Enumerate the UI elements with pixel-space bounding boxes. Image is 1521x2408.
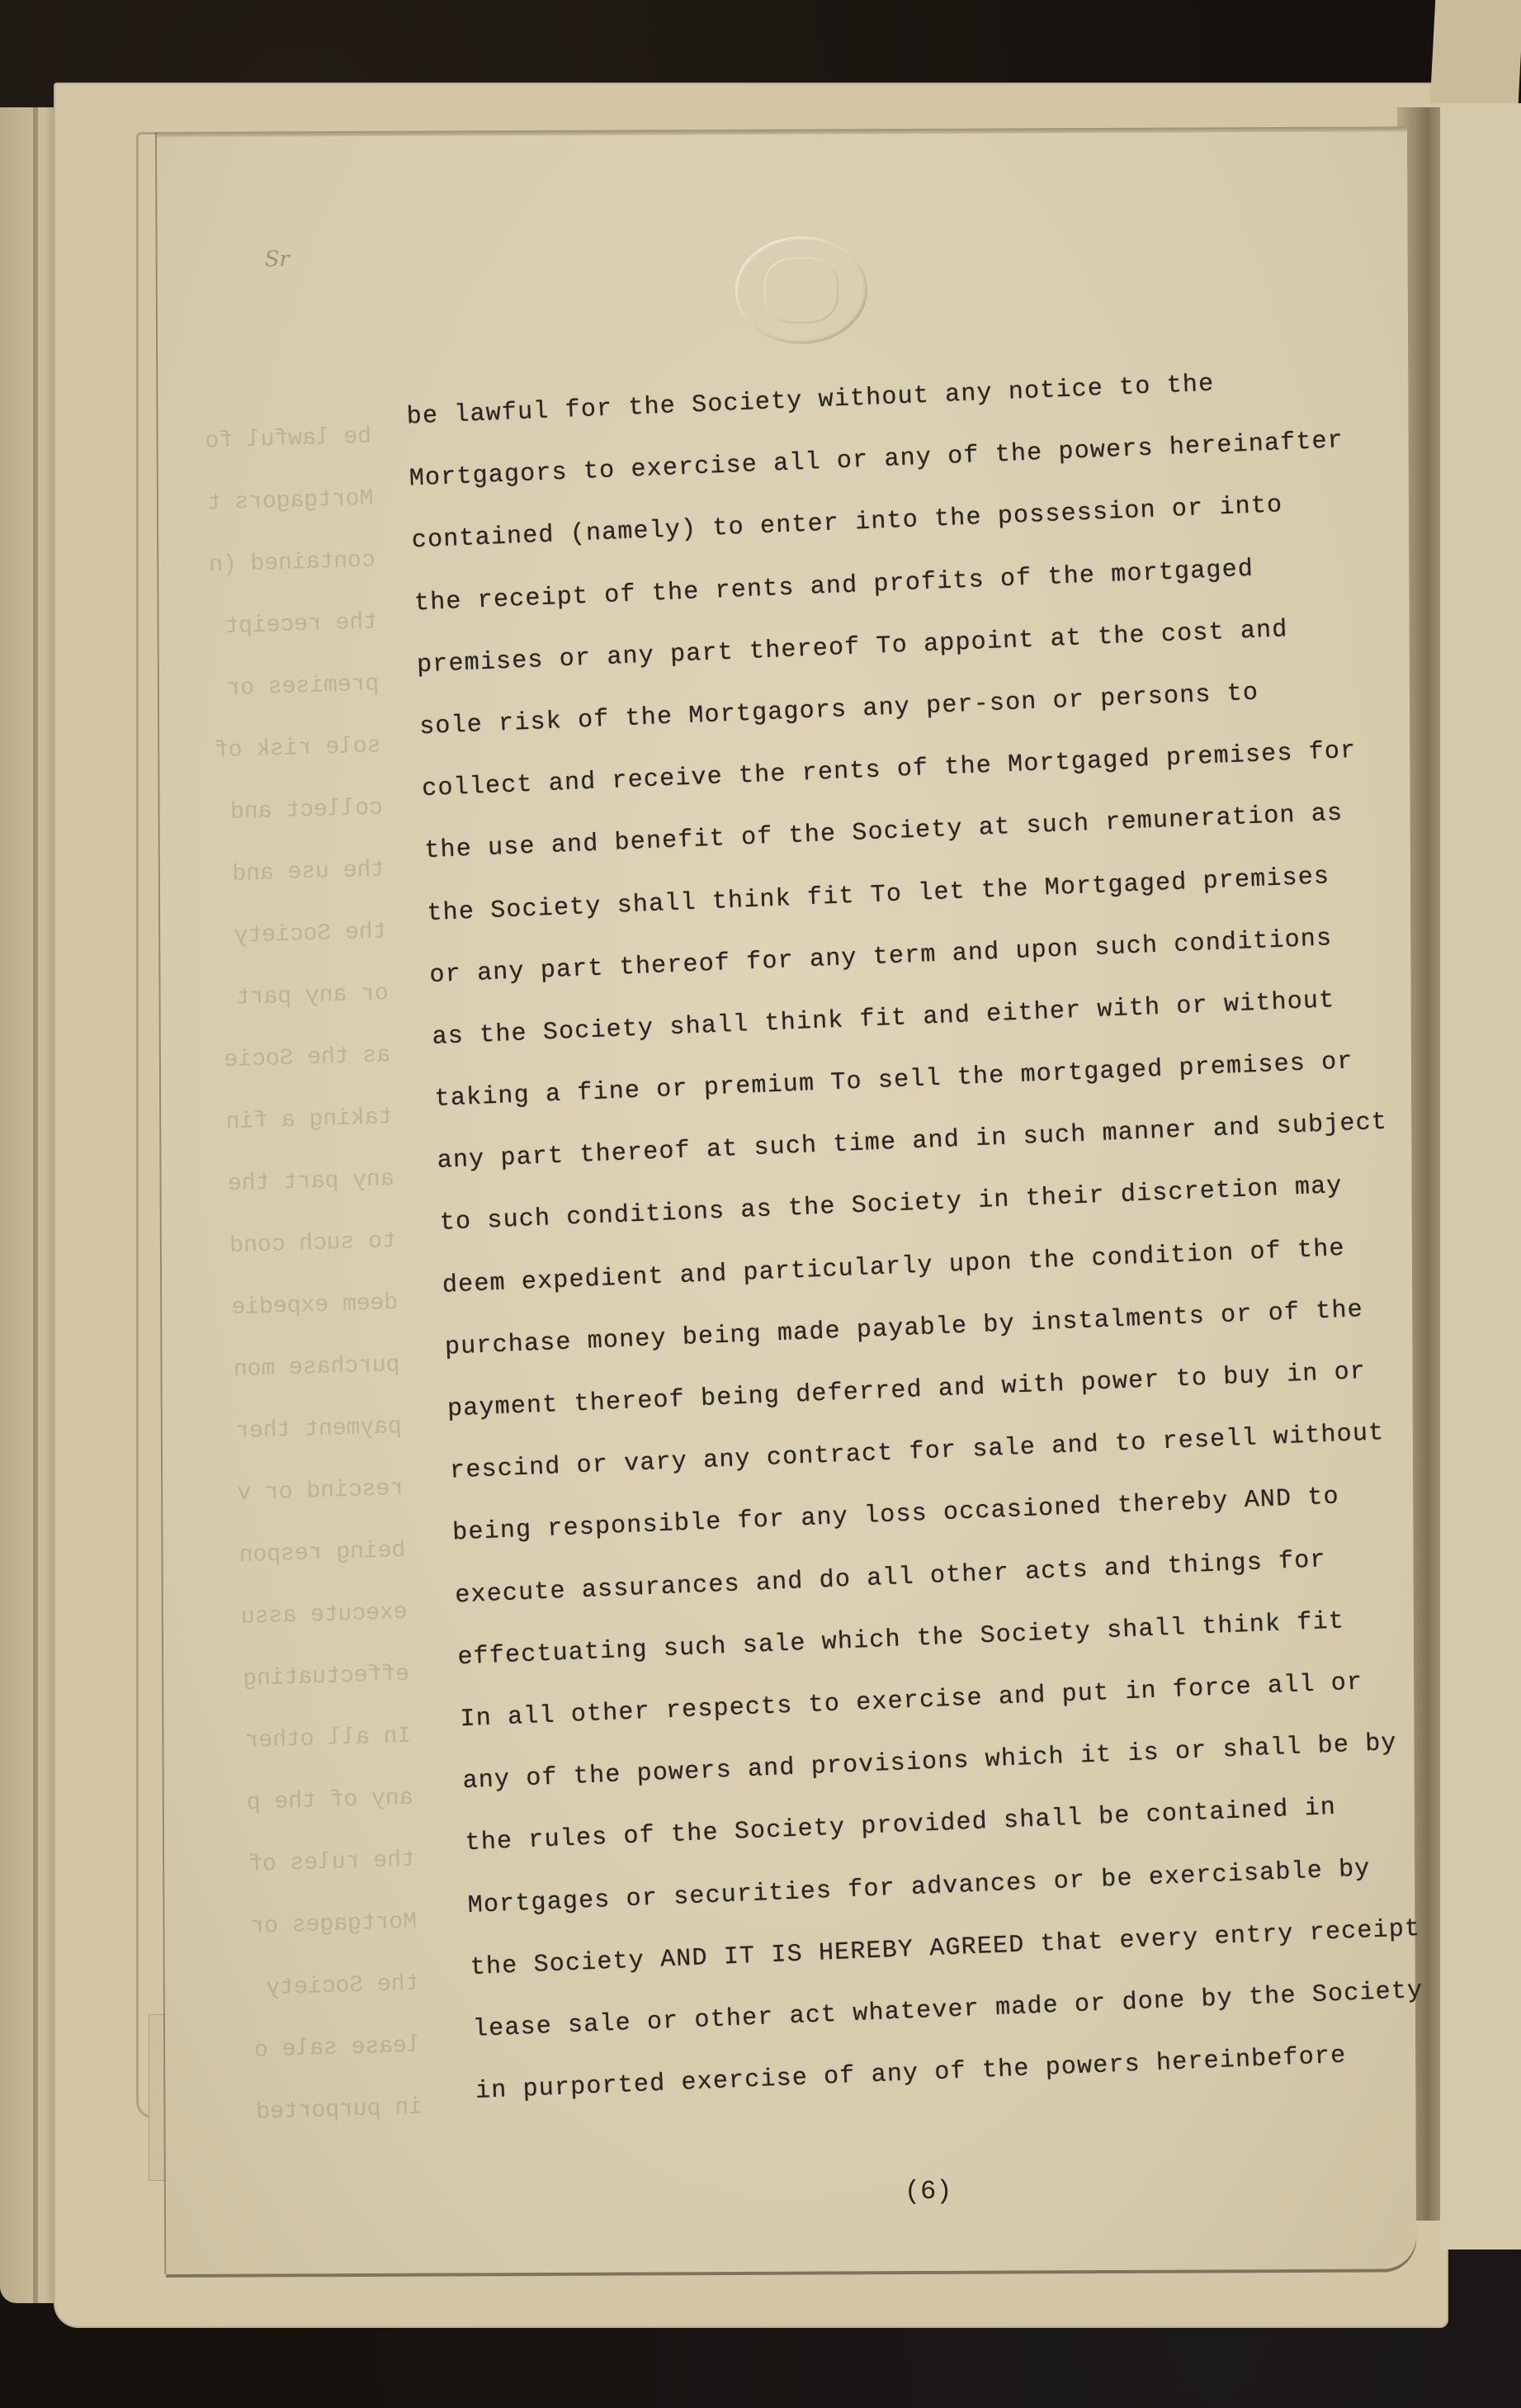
embossed-seal-icon: [735, 236, 868, 344]
typed-body: be lawful for the Society without any no…: [405, 346, 1466, 2123]
pencil-annotation: Sr: [265, 247, 290, 272]
typed-page: Sr be lawful for the Society without any…: [157, 126, 1416, 2274]
page-number: (6): [905, 2176, 952, 2207]
right-page-flap: [1430, 0, 1521, 103]
offset-ghost-text: be lawful for the Society without any no…: [205, 406, 423, 2144]
